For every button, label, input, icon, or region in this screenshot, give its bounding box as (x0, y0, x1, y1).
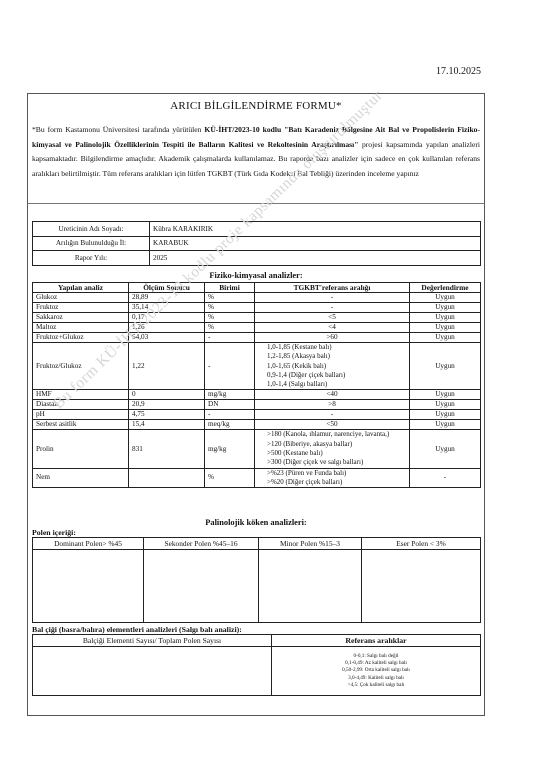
info-value: KARABUK (150, 236, 481, 251)
table-header-row: Balçiği Elementi Sayısı/ Toplam Polen Sa… (33, 635, 481, 647)
referans-line: >500 (Kestane balı) (267, 449, 406, 458)
referans-line: >300 (Diğer çiçek ve salgı balları) (267, 458, 406, 467)
table-row: Sakkaroz0,17%<5Uygun (33, 313, 481, 323)
referans-cell: <5 (255, 313, 410, 323)
referans-cell: 1,0-1,85 (Kestane balı)1,2-1,85 (Akasya … (255, 343, 410, 390)
producer-info-table: Ureticinin Adı Soyadı: Kübra KARAKIRIKAr… (32, 221, 481, 266)
birim-cell: DN (205, 400, 255, 410)
referans-line: 0-0,1: Salgı balı değil (275, 653, 477, 660)
referans-line: 1,0-1,4 (Salgı balları) (267, 380, 406, 389)
form-title: ARICI BİLGİLENDİRME FORMU* (28, 100, 484, 112)
header-sekonder: Sekonder Polen %45–16 (144, 538, 259, 550)
degerlendirme-cell: Uygun (410, 410, 481, 420)
header-minor: Minor Polen %15–3 (259, 538, 362, 550)
referans-cell: >180 (Kanola, ıhlamur, narenciye, lavant… (255, 430, 410, 468)
balcigi-value (33, 647, 272, 696)
info-row: Ureticinin Adı Soyadı: Kübra KARAKIRIK (33, 222, 481, 237)
table-row: HMF0mg/kg<40Uygun (33, 390, 481, 400)
eser-value (362, 550, 481, 623)
degerlendirme-cell: Uygun (410, 333, 481, 343)
referans-line: >180 (Kanola, ıhlamur, narenciye, lavant… (267, 430, 406, 439)
info-row: Arılığın Bulunulduğu İl: KARABUK (33, 236, 481, 251)
degerlendirme-cell: Uygun (410, 293, 481, 303)
header-dominant: Dominant Polen> %45 (33, 538, 144, 550)
sonuc-cell: 0 (129, 390, 205, 400)
referans-cell: - (255, 303, 410, 313)
sekonder-value (144, 550, 259, 623)
sonuc-cell (129, 468, 205, 488)
sonuc-cell: 0,17 (129, 313, 205, 323)
referans-line: 0,1-0,49: Az kaliteli salgı balı (275, 660, 477, 667)
degerlendirme-cell: Uygun (410, 303, 481, 313)
info-row: Rapor Yılı: 2025 (33, 251, 481, 266)
sonuc-cell: 1,26 (129, 323, 205, 333)
intro-prefix: *Bu form Kastamonu Üniversitesi tarafınd… (32, 125, 204, 134)
referans-cell: >8 (255, 400, 410, 410)
degerlendirme-cell: Uygun (410, 390, 481, 400)
table-header-row: Yapılan analiz Ölçüm Sonucu Birimi TGKBT… (33, 283, 481, 293)
sonuc-cell: 20,9 (129, 400, 205, 410)
polen-table: Dominant Polen> %45 Sekonder Polen %45–1… (32, 537, 481, 623)
analiz-cell: Maltoz (33, 323, 129, 333)
table-row: Serbest asitlik15,4meq/kg<50Uygun (33, 420, 481, 430)
sonuc-cell: 831 (129, 430, 205, 468)
degerlendirme-cell: Uygun (410, 400, 481, 410)
birim-cell: - (205, 410, 255, 420)
sonuc-cell: 35,14 (129, 303, 205, 313)
info-label: Arılığın Bulunulduğu İl: (33, 236, 150, 251)
sonuc-cell: 15,4 (129, 420, 205, 430)
degerlendirme-cell: Uygun (410, 343, 481, 390)
sonuc-cell: 64,03 (129, 333, 205, 343)
referans-line: 1,0-1,65 (Kekik balı) (267, 362, 406, 371)
table-row: Nem%>%23 (Püren ve Funda balı)>%20 (Diğe… (33, 468, 481, 488)
header-sonuc: Ölçüm Sonucu (129, 283, 205, 293)
dominant-value (33, 550, 144, 623)
analiz-cell: Nem (33, 468, 129, 488)
analiz-cell: Glukoz (33, 293, 129, 303)
header-degerlendirme: Değerlendirme (410, 283, 481, 293)
referans-cell: <40 (255, 390, 410, 400)
referans-line: 1,0-1,85 (Kestane balı) (267, 343, 406, 352)
referans-line: 0,50-2,99: Orta kaliteli salgı balı (275, 667, 477, 674)
header-birim: Birimi (205, 283, 255, 293)
referans-line: 3,0-4,49: Kaliteli salgı balı (275, 675, 477, 682)
referans-line: 0,9-1,4 (Diğer çiçek balları) (267, 371, 406, 380)
birim-cell: meq/kg (205, 420, 255, 430)
report-date: 17.10.2025 (436, 66, 481, 77)
form-body-box: Ureticinin Adı Soyadı: Kübra KARAKIRIKAr… (27, 204, 485, 716)
referans-cell: <50 (255, 420, 410, 430)
info-label: Rapor Yılı: (33, 251, 150, 266)
analiz-cell: HMF (33, 390, 129, 400)
balcigi-label: Bal çiği (basra/balıra) elementleri anal… (32, 625, 242, 634)
polen-label: Polen içeriği: (32, 528, 76, 537)
analiz-cell: pH (33, 410, 129, 420)
sonuc-cell: 28,89 (129, 293, 205, 303)
analiz-cell: Diastaz (33, 400, 129, 410)
info-value: Kübra KARAKIRIK (150, 222, 481, 237)
info-value: 2025 (150, 251, 481, 266)
balcigi-references: 0-0,1: Salgı balı değil0,1-0,49: Az kali… (272, 647, 481, 696)
referans-line: >4,5: Çok kaliteli salgı balı (275, 682, 477, 689)
birim-cell: mg/kg (205, 390, 255, 400)
table-row: pH4,75--Uygun (33, 410, 481, 420)
table-header-row: Dominant Polen> %45 Sekonder Polen %45–1… (33, 538, 481, 550)
degerlendirme-cell: - (410, 468, 481, 488)
analiz-cell: Sakkaroz (33, 313, 129, 323)
table-row: Fruktoz/Glukoz1,22-1,0-1,85 (Kestane bal… (33, 343, 481, 390)
fiziko-title: Fiziko-kimyasal analizler: (28, 271, 484, 280)
header-analiz: Yapılan analiz (33, 283, 129, 293)
birim-cell: mg/kg (205, 430, 255, 468)
table-row (33, 550, 481, 623)
degerlendirme-cell: Uygun (410, 420, 481, 430)
degerlendirme-cell: Uygun (410, 313, 481, 323)
referans-cell: >%23 (Püren ve Funda balı)>%20 (Diğer çi… (255, 468, 410, 488)
analiz-cell: Fruktoz (33, 303, 129, 313)
table-row: Glukoz28,89%-Uygun (33, 293, 481, 303)
table-row: Fruktoz+Glukoz64,03->60Uygun (33, 333, 481, 343)
degerlendirme-cell: Uygun (410, 323, 481, 333)
table-row: 0-0,1: Salgı balı değil0,1-0,49: Az kali… (33, 647, 481, 696)
referans-cell: >60 (255, 333, 410, 343)
header-balcigi-ratio: Balçiği Elementi Sayısı/ Toplam Polen Sa… (33, 635, 272, 647)
header-referans-araliklar: Referans aralıklar (272, 635, 481, 647)
minor-value (259, 550, 362, 623)
sonuc-cell: 1,22 (129, 343, 205, 390)
analiz-cell: Serbest asitlik (33, 420, 129, 430)
birim-cell: - (205, 333, 255, 343)
balcigi-table: Balçiği Elementi Sayısı/ Toplam Polen Sa… (32, 634, 481, 696)
birim-cell: % (205, 323, 255, 333)
referans-line: >%20 (Diğer çiçek balları) (267, 478, 406, 487)
fiziko-kimyasal-table: Yapılan analiz Ölçüm Sonucu Birimi TGKBT… (32, 282, 481, 488)
birim-cell: % (205, 293, 255, 303)
referans-cell: - (255, 410, 410, 420)
analiz-cell: Prolin (33, 430, 129, 468)
referans-cell: - (255, 293, 410, 303)
analiz-cell: Fruktoz+Glukoz (33, 333, 129, 343)
degerlendirme-cell: Uygun (410, 430, 481, 468)
header-eser: Eser Polen < 3% (362, 538, 481, 550)
birim-cell: - (205, 343, 255, 390)
referans-line: >%23 (Püren ve Funda balı) (267, 469, 406, 478)
birim-cell: % (205, 468, 255, 488)
table-row: Fruktoz35,14%-Uygun (33, 303, 481, 313)
referans-line: 1,2-1,85 (Akasya balı) (267, 352, 406, 361)
form-header-box: ARICI BİLGİLENDİRME FORMU* *Bu form Kast… (27, 93, 485, 204)
table-row: Maltoz1,26%<4Uygun (33, 323, 481, 333)
form-intro: *Bu form Kastamonu Üniversitesi tarafınd… (32, 123, 480, 181)
referans-line: >120 (Biberiye, akasya ballar) (267, 440, 406, 449)
palinolojik-title: Palinolojik köken analizleri: (28, 518, 484, 527)
birim-cell: % (205, 303, 255, 313)
referans-cell: <4 (255, 323, 410, 333)
analiz-cell: Fruktoz/Glukoz (33, 343, 129, 390)
header-referans: TGKBT'referans aralığı (255, 283, 410, 293)
birim-cell: % (205, 313, 255, 323)
table-row: Prolin831mg/kg>180 (Kanola, ıhlamur, nar… (33, 430, 481, 468)
sonuc-cell: 4,75 (129, 410, 205, 420)
info-label: Ureticinin Adı Soyadı: (33, 222, 150, 237)
table-row: Diastaz20,9DN>8Uygun (33, 400, 481, 410)
